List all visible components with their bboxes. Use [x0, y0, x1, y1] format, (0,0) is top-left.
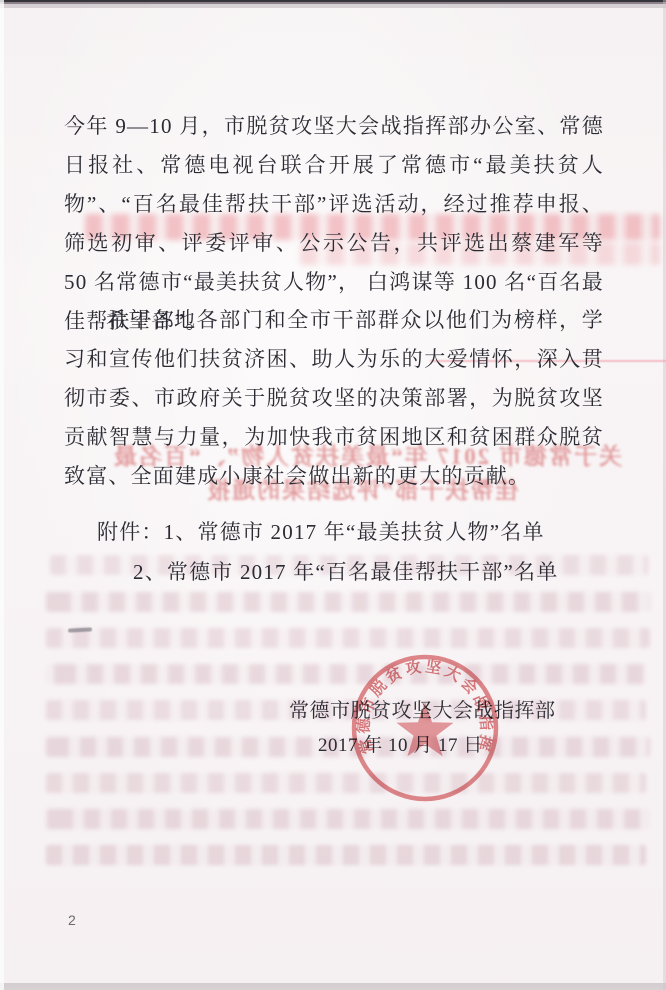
bleed-through-row [46, 845, 646, 865]
bleed-through-row [46, 773, 646, 793]
attachments-label: 附件： [97, 520, 164, 544]
seal-graphic: 常德市脱贫攻坚大会战指挥部 [349, 652, 501, 804]
scan-edge-top [0, 0, 666, 8]
bleed-through-row [46, 592, 650, 612]
attachments-line-2: 2、常德市 2017 年“百名最佳帮扶干部”名单 [133, 556, 558, 586]
attachment-item-1: 1、常德市 2017 年“最美扶贫人物”名单 [164, 520, 545, 544]
body-paragraph-2: 希望各地各部门和全市干部群众以他们为榜样，学习和宣传他们扶贫济困、助人为乐的大爱… [64, 301, 604, 496]
scanned-document-page: 关于常德市 2017 年“最美扶贫人物”、“百名最 佳帮扶干部”评选结果的通报 … [0, 0, 666, 990]
bleed-through-row [46, 809, 650, 829]
attachment-item-2: 2、常德市 2017 年“百名最佳帮扶干部”名单 [133, 560, 558, 584]
bleed-through-row [46, 628, 650, 648]
scan-edge-bottom [0, 983, 666, 990]
attachments-line-1: 附件：1、常德市 2017 年“最美扶贫人物”名单 [97, 516, 545, 546]
bleed-through-row [46, 664, 646, 684]
seal-star [397, 702, 454, 756]
page-number: 2 [68, 912, 76, 928]
official-seal: 常德市脱贫攻坚大会战指挥部 [349, 652, 501, 804]
scan-edge-left [0, 0, 4, 990]
